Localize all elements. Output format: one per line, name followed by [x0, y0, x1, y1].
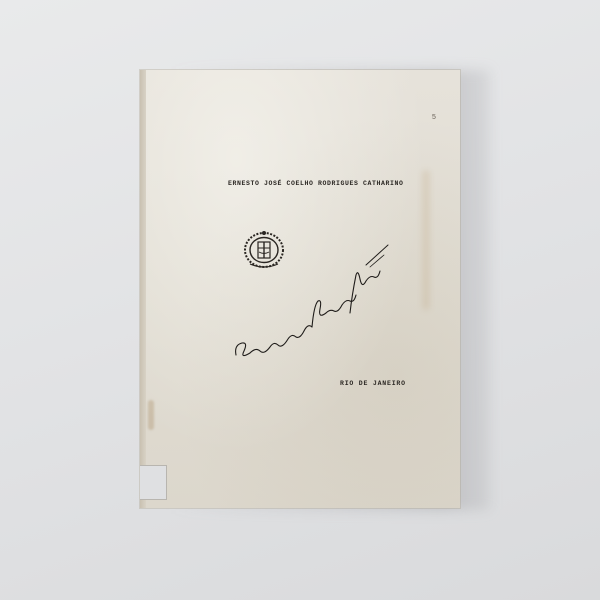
stain-mark	[148, 400, 154, 430]
book-cover: 5 ERNESTO JOSÉ COELHO RODRIGUES CATHARIN…	[140, 70, 460, 508]
photo-scene: 5 ERNESTO JOSÉ COELHO RODRIGUES CATHARIN…	[0, 0, 600, 600]
library-label-sticker	[140, 465, 167, 500]
stain-mark	[422, 170, 430, 310]
publication-city: RIO DE JANEIRO	[340, 380, 406, 387]
pencil-mark: 5	[432, 114, 436, 121]
handwritten-signature	[230, 235, 390, 365]
book-spine-edge	[140, 70, 146, 508]
author-name: ERNESTO JOSÉ COELHO RODRIGUES CATHARINO	[228, 180, 404, 187]
